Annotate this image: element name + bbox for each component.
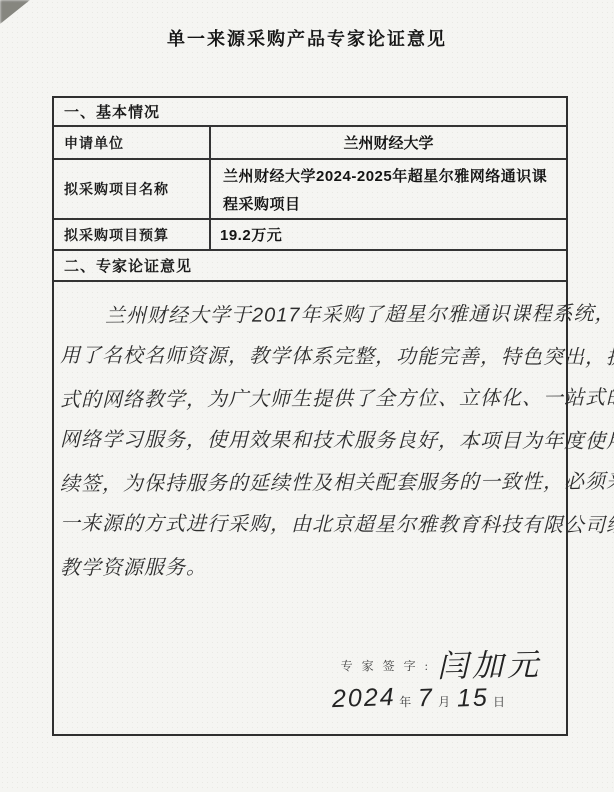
table-row-project-budget: 拟采购项目预算 19.2万元 xyxy=(54,218,566,249)
handwritten-line: 网络学习服务，使用效果和技术服务良好，本项目为年度使用服务的 xyxy=(60,419,614,463)
signature-date-day: 15 xyxy=(457,683,490,713)
section-basic-info-header: 一、基本情况 xyxy=(54,98,566,125)
signature-date-month: 7 xyxy=(418,684,435,714)
handwritten-line: 式的网络教学，为广大师生提供了全方位、立体化、一站式的网络教学 xyxy=(60,377,614,422)
project-budget-value: 19.2万元 xyxy=(211,220,566,249)
project-name-value: 兰州财经大学2024-2025年超星尔雅网络通识课程采购项目 xyxy=(211,160,566,218)
signature-date-day-suffix: 日 xyxy=(493,693,505,710)
project-name-text: 兰州财经大学2024-2025年超星尔雅网络通识课程采购项目 xyxy=(211,160,566,219)
applicant-unit-label: 申请单位 xyxy=(54,127,211,158)
signature-date-month-suffix: 月 xyxy=(438,693,450,710)
signature-date-row: 2024 年 7 月 15 日 xyxy=(332,684,512,713)
handwritten-line: 教学资源服务。 xyxy=(60,545,614,590)
expert-signature-name: 闫加元 xyxy=(437,639,543,686)
expert-signature-label: 专家签字: xyxy=(341,651,437,674)
handwritten-line: 兰州财经大学于2017年采购了超星尔雅通识课程系统，运 xyxy=(60,293,614,338)
table-row-project-name: 拟采购项目名称 兰州财经大学2024-2025年超星尔雅网络通识课程采购项目 xyxy=(54,158,566,218)
scan-corner-artifact xyxy=(0,0,30,24)
applicant-unit-value: 兰州财经大学 xyxy=(211,127,566,158)
signature-date-year: 2024 xyxy=(331,683,396,714)
handwritten-line: 用了名校名师资源，教学体系完整，功能完善，特色突出，提供了一站 xyxy=(60,335,614,379)
signature-date-year-suffix: 年 xyxy=(399,693,411,710)
section-expert-opinion-header: 二、专家论证意见 xyxy=(54,249,566,280)
expert-opinion-form-table: 一、基本情况 申请单位 兰州财经大学 拟采购项目名称 兰州财经大学2024-20… xyxy=(52,96,568,736)
document-title: 单一来源采购产品专家论证意见 xyxy=(0,25,614,51)
expert-signature-row: 专家签字: 闫加元 xyxy=(341,640,542,685)
handwritten-line: 续签，为保持服务的延续性及相关配套服务的一致性，必须采用单 xyxy=(60,461,614,506)
expert-opinion-content-cell: 兰州财经大学于2017年采购了超星尔雅通识课程系统，运 用了名校名师资源，教学体… xyxy=(54,280,566,734)
table-row-applicant: 申请单位 兰州财经大学 xyxy=(54,125,566,158)
scanned-document-page: 单一来源采购产品专家论证意见 一、基本情况 申请单位 兰州财经大学 拟采购项目名… xyxy=(0,0,614,792)
project-name-label: 拟采购项目名称 xyxy=(54,160,211,218)
project-budget-label: 拟采购项目预算 xyxy=(54,220,211,249)
project-budget-text: 19.2万元 xyxy=(211,224,282,245)
handwritten-line: 一来源的方式进行采购，由北京超星尔雅教育科技有限公司继续提供 xyxy=(60,503,614,547)
